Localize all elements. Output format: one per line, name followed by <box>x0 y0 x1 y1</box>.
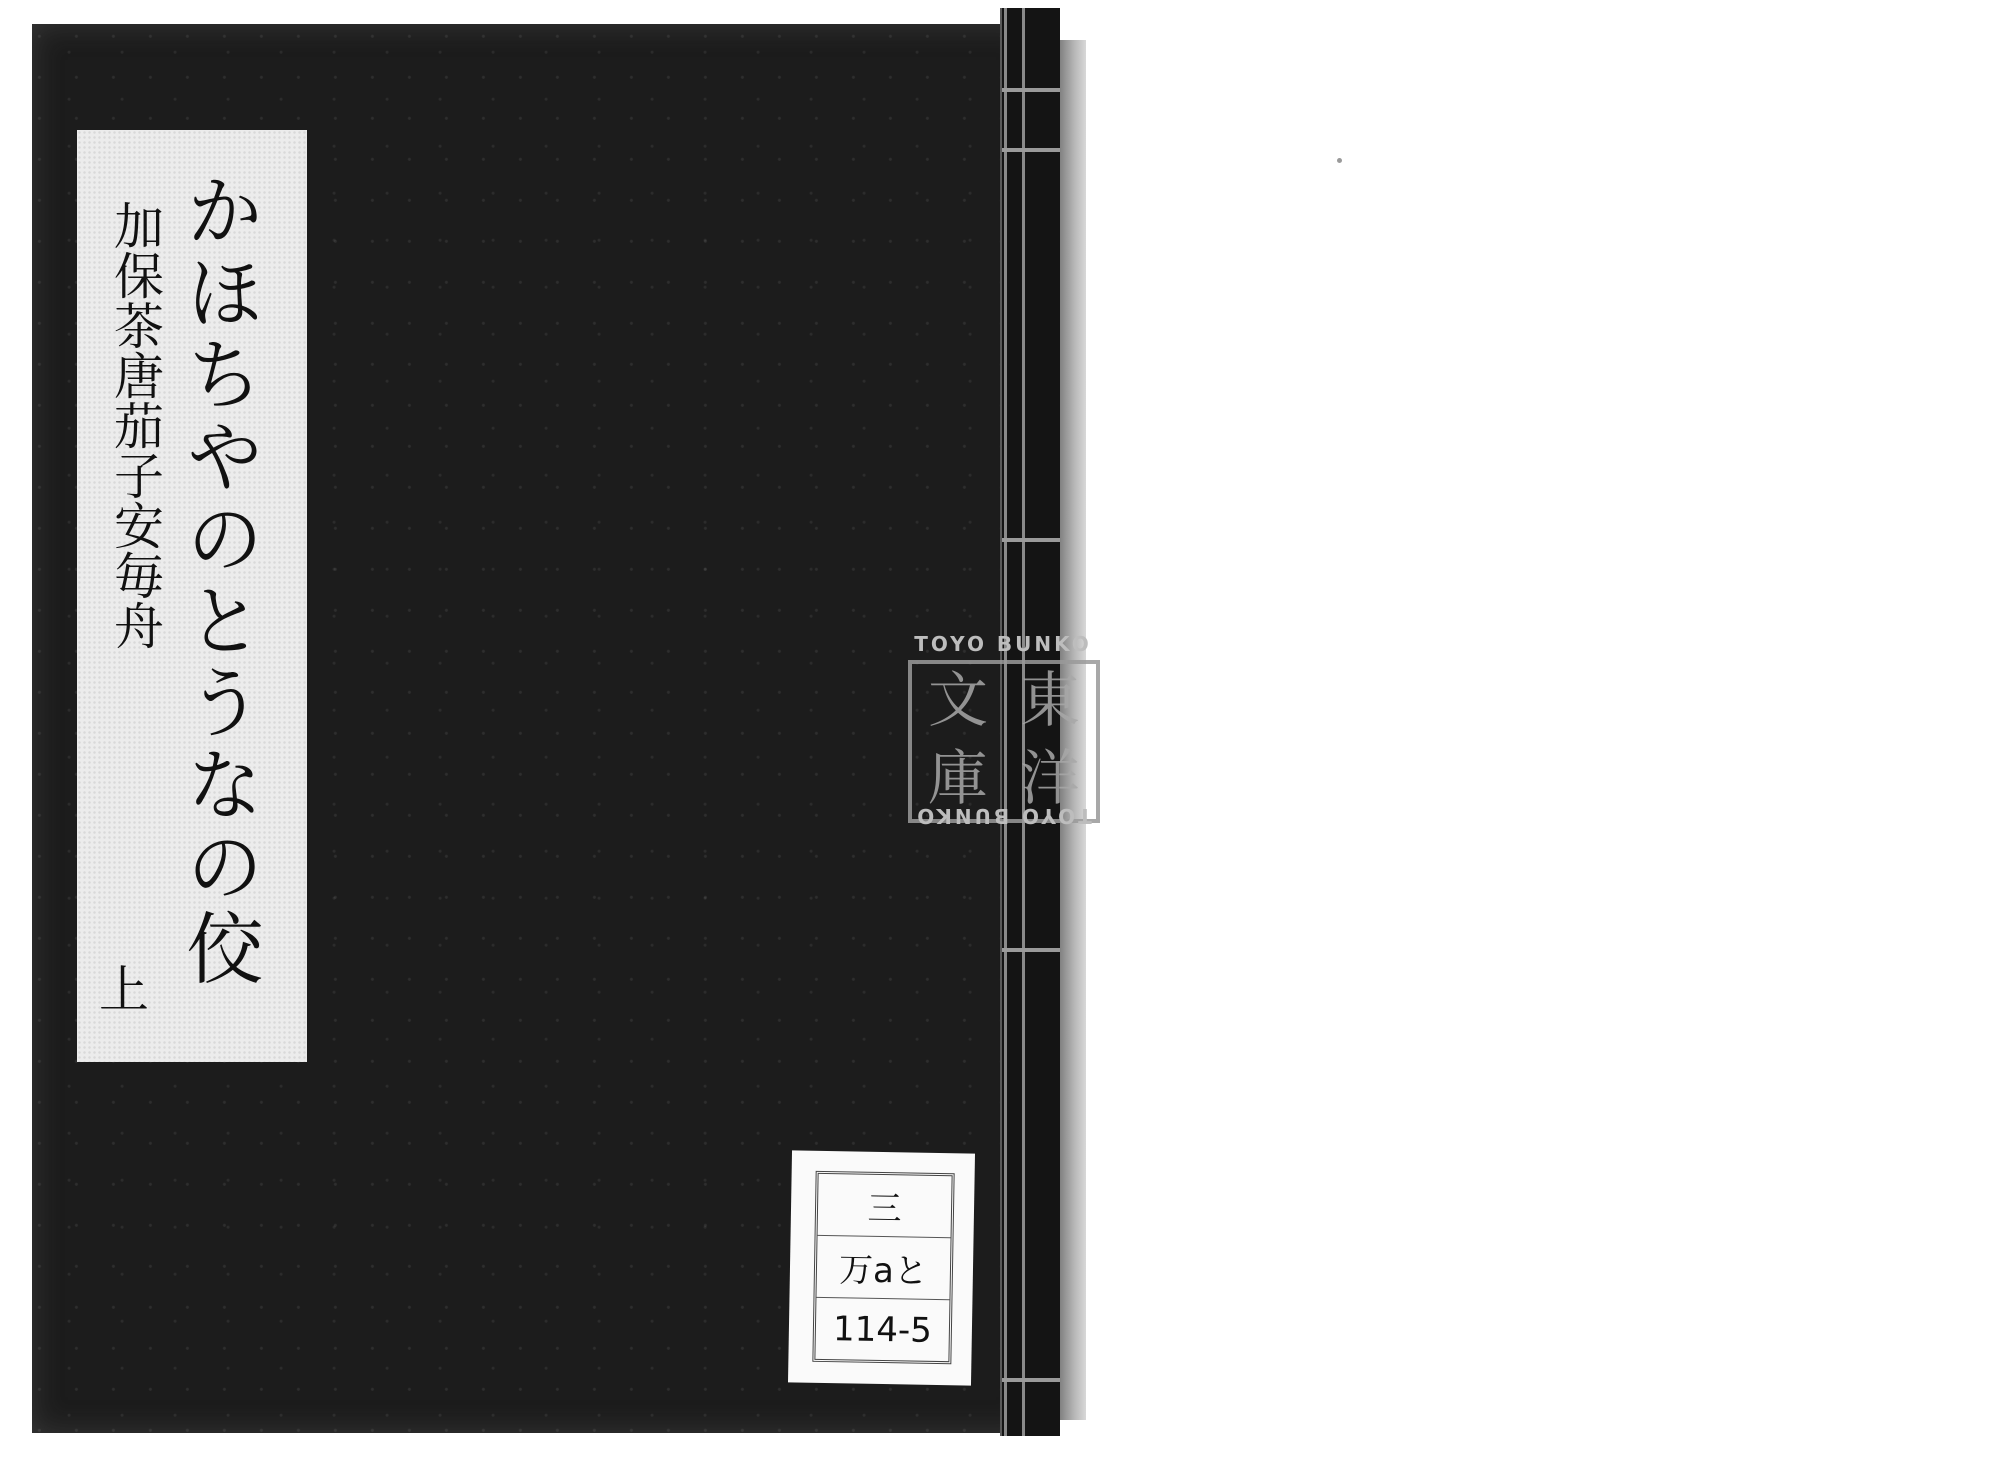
toyo-bunko-stamp: TOYO BUNKO 文 庫 東 洋 TOYO BUNKO <box>905 632 1101 828</box>
binding-tie <box>1002 148 1060 152</box>
binding-tie <box>1002 948 1060 952</box>
call-number-row: 114-5 <box>815 1298 949 1361</box>
left-page-scan: かほちやのとうなの佼 加保茶唐茄子安毎舟 上 TOYO BUNKO 文 庫 東 … <box>0 0 1100 1457</box>
paper-speck <box>1337 158 1342 163</box>
seal-char: 東 <box>1004 664 1096 742</box>
book-subtitle: 加保茶唐茄子安毎舟 <box>95 200 165 650</box>
title-slip: かほちやのとうなの佼 加保茶唐茄子安毎舟 上 <box>77 130 307 1062</box>
book-title: かほちやのとうなの佼 <box>177 170 267 990</box>
seal-char: 文 <box>912 664 1004 742</box>
binding-tie <box>1002 1378 1060 1382</box>
call-number-row: 万aと <box>816 1236 950 1300</box>
binding-tie <box>1002 88 1060 92</box>
stamp-text-top: TOYO BUNKO <box>905 632 1101 656</box>
call-number-label: 三 万aと 114-5 <box>788 1150 975 1385</box>
stamp-seal: 文 庫 東 洋 <box>908 660 1100 823</box>
call-number-frame: 三 万aと 114-5 <box>812 1171 954 1364</box>
binding-tie <box>1002 538 1060 542</box>
stamp-text-bottom: TOYO BUNKO <box>905 804 1101 828</box>
call-number-row: 三 <box>818 1174 952 1238</box>
volume-marker: 上 <box>99 950 149 1022</box>
